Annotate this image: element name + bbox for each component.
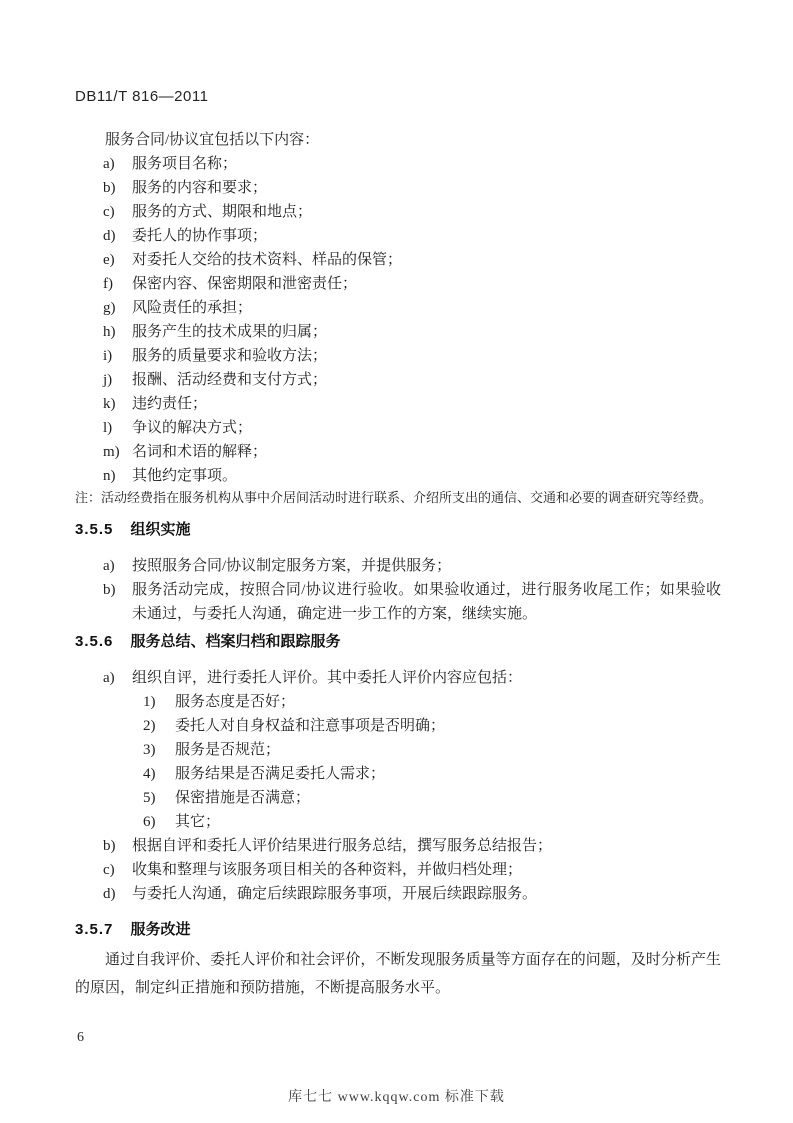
- item-label: a): [103, 554, 132, 578]
- section-number: 3.5.7: [75, 921, 113, 938]
- section-title: 服务总结、档案归档和跟踪服务: [131, 633, 341, 650]
- item-text: 违约责任；: [132, 392, 721, 416]
- item-label: e): [103, 248, 132, 272]
- section-356-heading: 3.5.6 服务总结、档案归档和跟踪服务: [75, 632, 721, 652]
- item-label: 5): [143, 786, 175, 810]
- document-code-header: DB11/T 816—2011: [75, 88, 208, 105]
- item-text: 服务是否规范；: [175, 738, 721, 762]
- item-text: 按照服务合同/协议制定服务方案，并提供服务；: [132, 554, 721, 578]
- list-item: c) 收集和整理与该服务项目相关的各种资料，并做归档处理；: [75, 858, 721, 882]
- item-text: 服务态度是否好；: [175, 690, 721, 714]
- item-label: 1): [143, 690, 175, 714]
- list-item: d) 委托人的协作事项；: [75, 224, 721, 248]
- item-label: c): [103, 200, 132, 224]
- item-label: b): [103, 176, 132, 200]
- list-item: 4) 服务结果是否满足委托人需求；: [75, 762, 721, 786]
- list-item: l) 争议的解决方式；: [75, 416, 721, 440]
- item-text: 委托人对自身权益和注意事项是否明确；: [175, 714, 721, 738]
- item-label: a): [103, 152, 132, 176]
- section-title: 服务改进: [131, 921, 191, 938]
- item-label: d): [103, 882, 132, 906]
- item-label: h): [103, 320, 132, 344]
- item-text: 争议的解决方式；: [132, 416, 721, 440]
- section-356-list: a) 组织自评，进行委托人评价。其中委托人评价内容应包括： 1) 服务态度是否好…: [75, 666, 721, 906]
- item-text: 服务项目名称；: [132, 152, 721, 176]
- list-item: b) 根据自评和委托人评价结果进行服务总结，撰写服务总结报告；: [75, 834, 721, 858]
- item-text: 名词和术语的解释；: [132, 440, 721, 464]
- item-label: a): [103, 666, 132, 690]
- item-label: c): [103, 858, 132, 882]
- item-label: l): [103, 416, 132, 440]
- list-item: a) 服务项目名称；: [75, 152, 721, 176]
- section-357-paragraph: 通过自我评价、委托人评价和社会评价，不断发现服务质量等方面存在的问题，及时分析产…: [75, 946, 721, 1002]
- list-item: m) 名词和术语的解释；: [75, 440, 721, 464]
- item-text: 与委托人沟通，确定后续跟踪服务事项，开展后续跟踪服务。: [132, 882, 721, 906]
- item-label: b): [103, 834, 132, 858]
- page-number: 6: [77, 1030, 84, 1046]
- list-item: 1) 服务态度是否好；: [75, 690, 721, 714]
- list-item: e) 对委托人交给的技术资料、样品的保管；: [75, 248, 721, 272]
- list-item: i) 服务的质量要求和验收方法；: [75, 344, 721, 368]
- list-item: g) 风险责任的承担；: [75, 296, 721, 320]
- item-label: f): [103, 272, 132, 296]
- section-title: 组织实施: [131, 521, 191, 538]
- item-label: d): [103, 224, 132, 248]
- list-item: 2) 委托人对自身权益和注意事项是否明确；: [75, 714, 721, 738]
- list-item: h) 服务产生的技术成果的归属；: [75, 320, 721, 344]
- section-355-heading: 3.5.5 组织实施: [75, 520, 721, 540]
- document-content: 服务合同/协议宜包括以下内容： a) 服务项目名称； b) 服务的内容和要求； …: [75, 128, 721, 1002]
- item-label: 2): [143, 714, 175, 738]
- list-item: c) 服务的方式、期限和地点；: [75, 200, 721, 224]
- item-label: 6): [143, 810, 175, 834]
- list-item: f) 保密内容、保密期限和泄密责任；: [75, 272, 721, 296]
- item-text: 服务的内容和要求；: [132, 176, 721, 200]
- item-label: g): [103, 296, 132, 320]
- list-item: 5) 保密措施是否满意；: [75, 786, 721, 810]
- note-line: 注：活动经费指在服务机构从事中介居间活动时进行联系、介绍所支出的通信、交通和必要…: [75, 488, 721, 508]
- item-text: 服务的质量要求和验收方法；: [132, 344, 721, 368]
- item-text: 其他约定事项。: [132, 464, 721, 488]
- item-label: k): [103, 392, 132, 416]
- item-text: 保密内容、保密期限和泄密责任；: [132, 272, 721, 296]
- list-item: b) 服务活动完成，按照合同/协议进行验收。如果验收通过，进行服务收尾工作；如果…: [75, 578, 721, 626]
- item-label: 4): [143, 762, 175, 786]
- item-text: 保密措施是否满意；: [175, 786, 721, 810]
- list-item: 6) 其它；: [75, 810, 721, 834]
- item-text: 其它；: [175, 810, 721, 834]
- list-item: 3) 服务是否规范；: [75, 738, 721, 762]
- section-357-heading: 3.5.7 服务改进: [75, 920, 721, 940]
- document-page: DB11/T 816—2011 服务合同/协议宜包括以下内容： a) 服务项目名…: [0, 0, 793, 1123]
- list-item: b) 服务的内容和要求；: [75, 176, 721, 200]
- item-text: 服务活动完成，按照合同/协议进行验收。如果验收通过，进行服务收尾工作；如果验收未…: [132, 578, 721, 626]
- item-text: 报酬、活动经费和支付方式；: [132, 368, 721, 392]
- item-label: m): [103, 440, 132, 464]
- item-text: 收集和整理与该服务项目相关的各种资料，并做归档处理；: [132, 858, 721, 882]
- section-number: 3.5.5: [75, 521, 113, 538]
- list-item: j) 报酬、活动经费和支付方式；: [75, 368, 721, 392]
- item-text: 服务产生的技术成果的归属；: [132, 320, 721, 344]
- list-item: a) 按照服务合同/协议制定服务方案，并提供服务；: [75, 554, 721, 578]
- item-text: 风险责任的承担；: [132, 296, 721, 320]
- item-label: b): [103, 578, 132, 626]
- section-number: 3.5.6: [75, 633, 113, 650]
- section-355-list: a) 按照服务合同/协议制定服务方案，并提供服务； b) 服务活动完成，按照合同…: [75, 554, 721, 626]
- list-item: a) 组织自评，进行委托人评价。其中委托人评价内容应包括：: [75, 666, 721, 690]
- item-text: 根据自评和委托人评价结果进行服务总结，撰写服务总结报告；: [132, 834, 721, 858]
- item-label: n): [103, 464, 132, 488]
- list-item: n) 其他约定事项。: [75, 464, 721, 488]
- list-item: d) 与委托人沟通，确定后续跟踪服务事项，开展后续跟踪服务。: [75, 882, 721, 906]
- item-text: 服务的方式、期限和地点；: [132, 200, 721, 224]
- watermark-footer: 库七七 www.kqqw.com 标准下载: [0, 1086, 793, 1106]
- item-text: 组织自评，进行委托人评价。其中委托人评价内容应包括：: [132, 666, 721, 690]
- item-label: j): [103, 368, 132, 392]
- list-item: k) 违约责任；: [75, 392, 721, 416]
- intro-paragraph: 服务合同/协议宜包括以下内容：: [75, 128, 721, 152]
- item-text: 服务结果是否满足委托人需求；: [175, 762, 721, 786]
- item-text: 对委托人交给的技术资料、样品的保管；: [132, 248, 721, 272]
- item-text: 委托人的协作事项；: [132, 224, 721, 248]
- item-label: i): [103, 344, 132, 368]
- contract-items-list: a) 服务项目名称； b) 服务的内容和要求； c) 服务的方式、期限和地点； …: [75, 152, 721, 488]
- item-label: 3): [143, 738, 175, 762]
